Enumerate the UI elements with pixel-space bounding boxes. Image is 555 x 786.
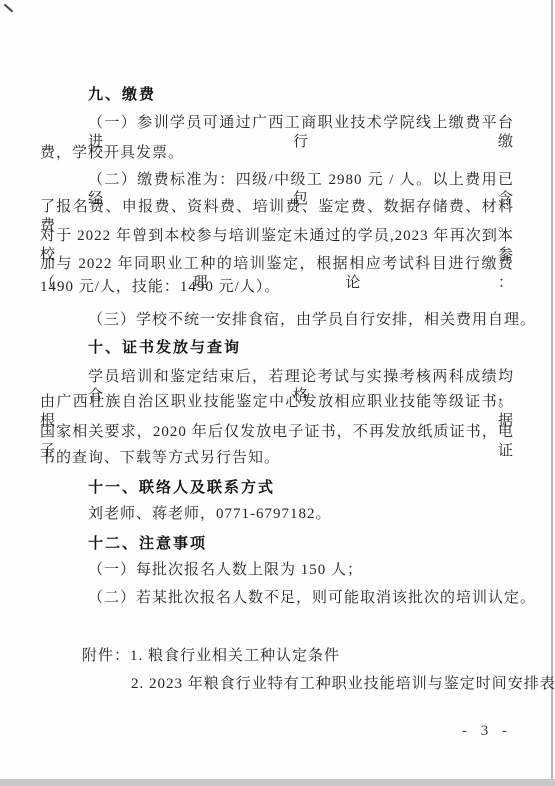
fees-para2-line4: 加与 2022 年同职业工种的培训鉴定，根据相应考试科目进行缴费（理论： <box>40 255 514 274</box>
attachments-line1: 附件：1. 粮食行业相关工种认定条件 <box>82 647 340 666</box>
certificate-para1-line2: 由广西壮族自治区职业技能鉴定中心发放相应职业技能等级证书。根据 <box>40 393 514 412</box>
scan-edge-line-right <box>551 0 553 786</box>
certificate-para1-line3: 国家相关要求，2020 年后仅发放电子证书，不再发放纸质证书，电子证 <box>40 423 514 442</box>
contact-para1-line1: 刘老师、蒋老师，0771-6797182。 <box>88 505 332 524</box>
section-heading-notes: 十二、注意事项 <box>88 534 207 553</box>
notes-para2-line1: （二）若某批次报名人数不足，则可能取消该批次的培训认定。 <box>88 589 536 608</box>
fees-para2-line3: 对于 2022 年曾到本校参与培训鉴定未通过的学员,2023 年再次到本校参 <box>40 227 514 246</box>
notes-para1-line1: （一）每批次报名人数上限为 150 人； <box>88 561 363 580</box>
section-heading-fees: 九、缴费 <box>88 85 156 104</box>
fees-para2-line5: 1490 元/人，技能：1490 元/人）。 <box>40 278 280 297</box>
section-heading-contact: 十一、联络人及联系方式 <box>88 478 275 497</box>
scan-corner-mark <box>4 4 14 13</box>
scan-edge-band-bottom <box>0 779 555 786</box>
fees-para3-line1: （三）学校不统一安排食宿，由学员自行安排，相关费用自理。 <box>88 311 536 330</box>
attachments-line2: 2. 2023 年粮食行业特有工种职业技能培训与鉴定时间安排表 <box>131 675 555 694</box>
fees-para1-line2: 费，学校开具发票。 <box>40 144 184 163</box>
fees-para2-line1: （二）缴费标准为：四级/中级工 2980 元 / 人。以上费用已经包含 <box>88 171 514 190</box>
scanned-document-page: 九、缴费 （一）参训学员可通过广西工商职业技术学院线上缴费平台进行缴 费，学校开… <box>0 0 555 786</box>
section-heading-certificate: 十、证书发放与查询 <box>88 338 241 357</box>
certificate-para1-line1: 学员培训和鉴定结束后，若理论考试与实操考核两科成绩均合格， <box>88 368 514 387</box>
fees-para1-line1: （一）参训学员可通过广西工商职业技术学院线上缴费平台进行缴 <box>88 114 514 133</box>
certificate-para1-line4: 书的查询、下载等方式另行告知。 <box>40 449 280 468</box>
page-number: - 3 - <box>462 722 512 740</box>
fees-para2-line2: 了报名费、申报费、资料费、培训费、鉴定费、数据存储费、材料费。 <box>40 198 514 217</box>
